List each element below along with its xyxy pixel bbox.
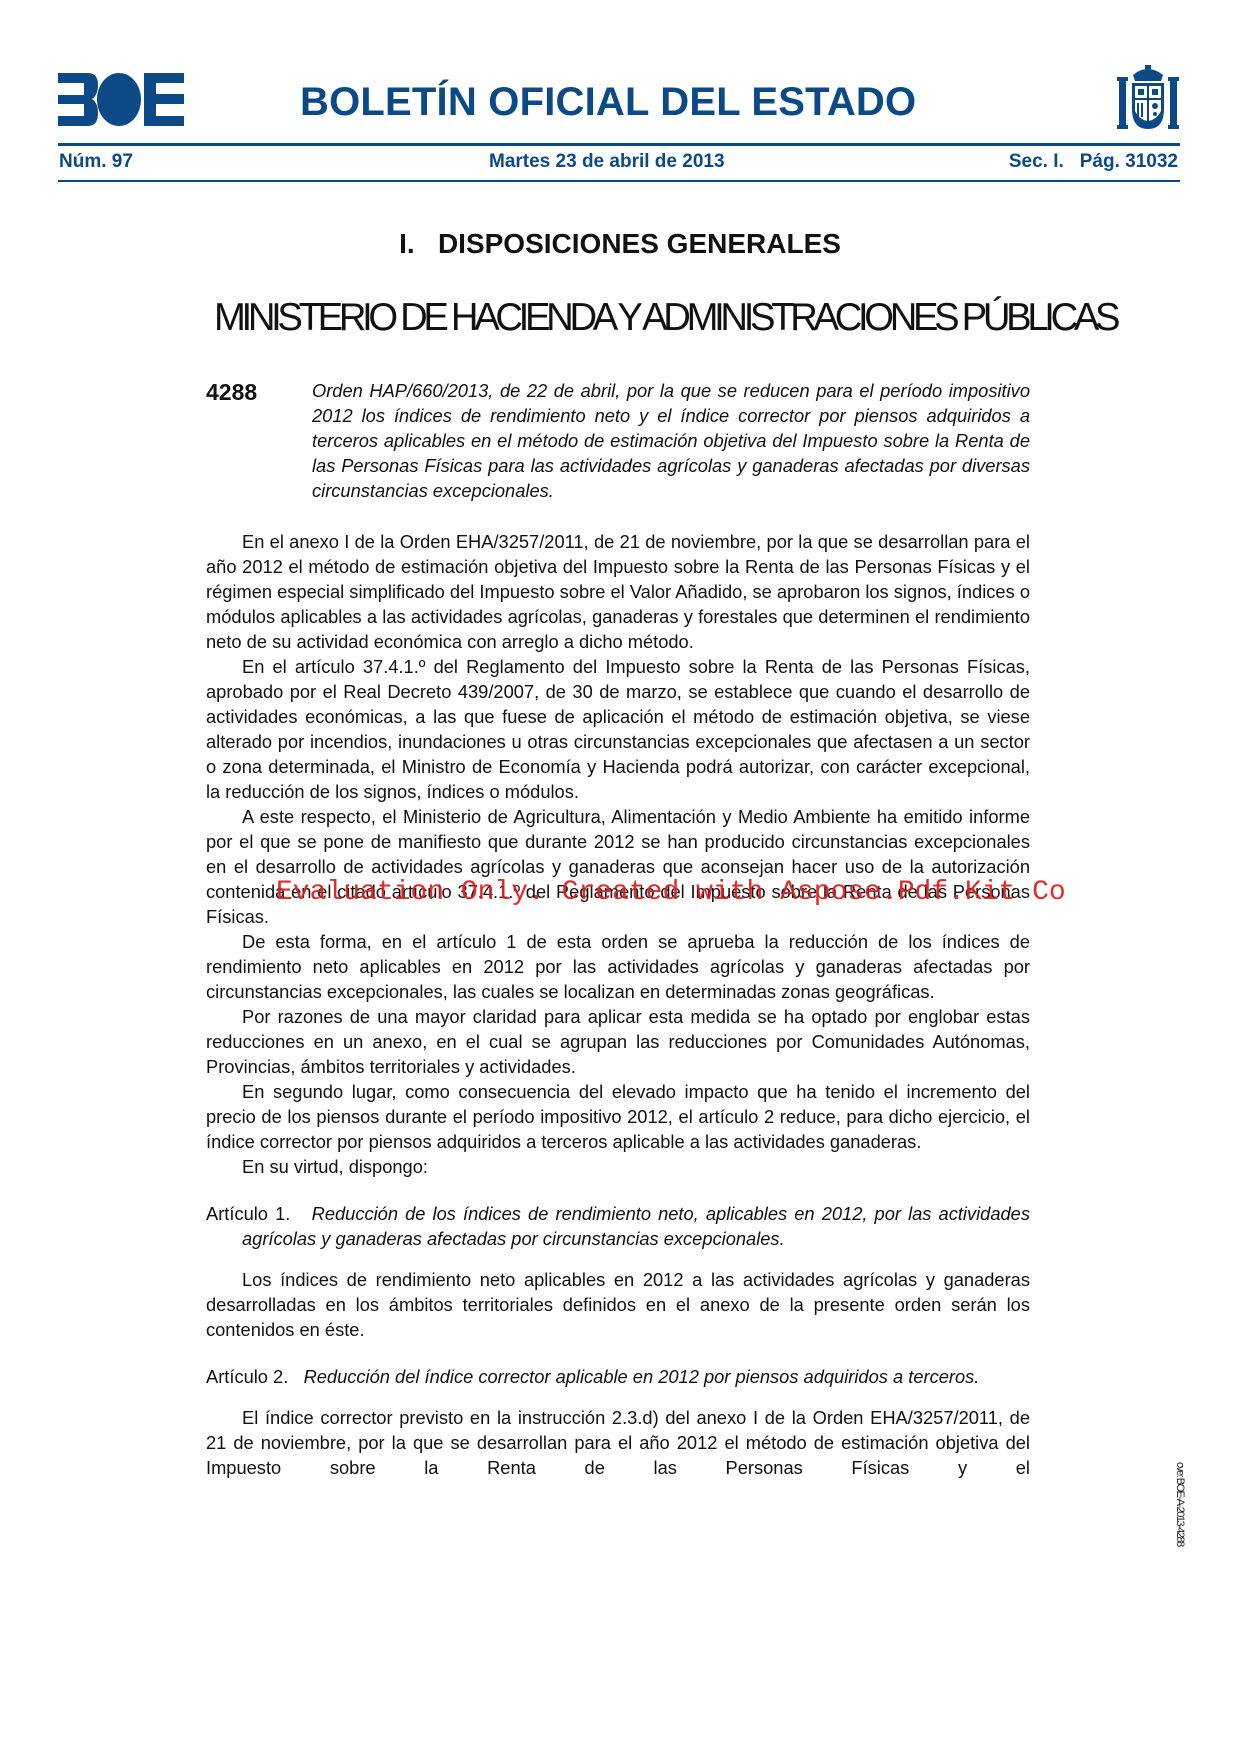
body-paragraph: En el artículo 37.4.1.º del Reglamento d… xyxy=(206,654,1030,804)
issue-number: Núm. 97 xyxy=(59,151,133,173)
cve-code: cve: BOE-A-2013-4288 xyxy=(1174,1462,1186,1546)
article-2-text: El índice corrector previsto en la instr… xyxy=(206,1405,1030,1480)
document-body: En el anexo I de la Orden EHA/3257/2011,… xyxy=(206,529,1030,1480)
ministry-heading: MINISTERIO DE HACIENDA Y ADMINISTRACIONE… xyxy=(214,296,1016,340)
article-label: Artículo 1. xyxy=(206,1203,290,1224)
body-paragraph: Por razones de una mayor claridad para a… xyxy=(206,1004,1030,1079)
body-paragraph: En el anexo I de la Orden EHA/3257/2011,… xyxy=(206,529,1030,654)
body-paragraph: En segundo lugar, como consecuencia del … xyxy=(206,1079,1030,1154)
body-paragraph: De esta forma, en el artículo 1 de esta … xyxy=(206,929,1030,1004)
article-1-text: Los índices de rendimiento neto aplicabl… xyxy=(206,1267,1030,1342)
article-title: Reducción de los índices de rendimiento … xyxy=(242,1203,1030,1249)
article-2-heading: Artículo 2. Reducción del índice correct… xyxy=(206,1364,1030,1389)
coat-of-arms-icon xyxy=(1117,63,1179,131)
body-paragraph: En su virtud, dispongo: xyxy=(206,1154,1030,1179)
order-summary: Orden HAP/660/2013, de 22 de abril, por … xyxy=(312,378,1030,503)
header-divider-top xyxy=(58,143,1180,146)
article-label: Artículo 2. xyxy=(206,1366,288,1387)
section-page-info: Sec. I.Pág. 31032 xyxy=(1009,151,1178,173)
boe-logo xyxy=(58,73,184,126)
evaluation-watermark: Evaluation Only. Created with Aspose.Pdf… xyxy=(276,877,1066,908)
header-divider-bottom xyxy=(58,180,1180,182)
section-label: Sec. I. xyxy=(1009,151,1064,172)
order-number: 4288 xyxy=(206,379,257,406)
section-heading: I. DISPOSICIONES GENERALES xyxy=(0,228,1240,260)
article-1-heading: Artículo 1. Reducción de los índices de … xyxy=(206,1201,1030,1251)
bulletin-title: BOLETÍN OFICIAL DEL ESTADO xyxy=(300,80,916,125)
issue-date: Martes 23 de abril de 2013 xyxy=(489,151,725,173)
article-title: Reducción del índice corrector aplicable… xyxy=(304,1366,980,1387)
body-paragraph: A este respecto, el Ministerio de Agricu… xyxy=(206,804,1030,929)
page-number: Pág. 31032 xyxy=(1080,151,1178,172)
